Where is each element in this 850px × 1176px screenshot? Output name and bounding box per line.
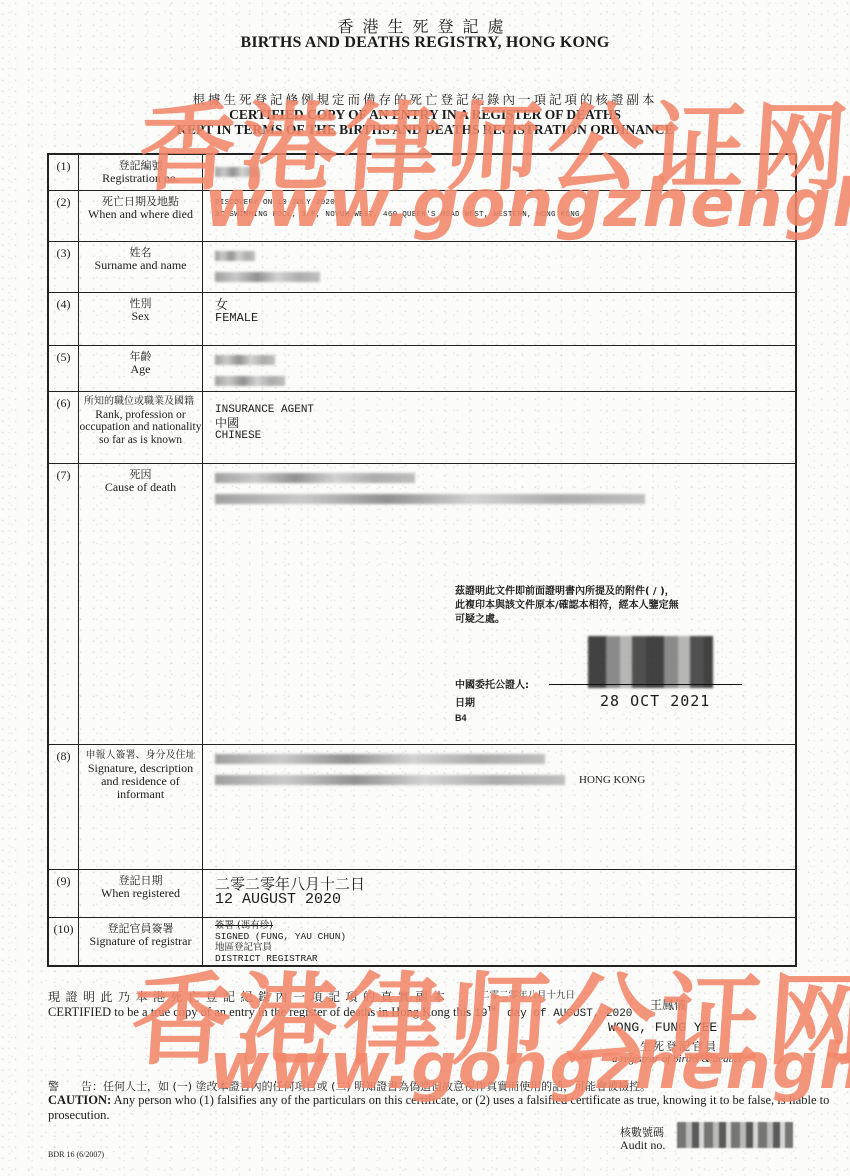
- registrar-title-en: a registrar of births & deaths: [612, 1053, 741, 1065]
- redacted-cause-1: [215, 473, 415, 483]
- notary-signature-line: [549, 684, 742, 685]
- row-label: 死亡日期及地點 When and where died: [79, 191, 203, 241]
- row-label: 性別 Sex: [79, 293, 203, 345]
- row-label: 所知的職位或職業及國籍 Rank, profession or occupati…: [79, 392, 203, 463]
- row-value: DISCOVERY ON 10 JULY 2020 AT SWIMMING PO…: [203, 191, 795, 241]
- registrar-name-en: WONG, FUNG YEE: [608, 1020, 717, 1035]
- notary-date-label: 日期: [455, 694, 475, 709]
- registry-title-en: BIRTHS AND DEATHS REGISTRY, HONG KONG: [0, 34, 850, 52]
- audit-label-en: Audit no.: [620, 1138, 665, 1153]
- notary-label: 中國委托公證人:: [455, 676, 529, 691]
- row-value: INSURANCE AGENT 中國 CHINESE: [203, 392, 795, 463]
- document-subtitle-en-2: KEPT IN TERMS OF THE BIRTHS AND DEATHS R…: [0, 122, 850, 138]
- table-row-registrar-signature: (10) 登記官員簽署 Signature of registrar 簽署 (馮…: [49, 917, 795, 965]
- table-row-informant: (8) 申報人簽署、身分及住址 Signature, description a…: [49, 744, 795, 869]
- certification-text-en: CERTIFIED to be a true copy of an entry …: [48, 1005, 632, 1020]
- registrar-title-zh: 生死登記官員: [640, 1038, 718, 1054]
- row-label: 姓名 Surname and name: [79, 242, 203, 292]
- row-value: 二零二零年八月十二日 12 AUGUST 2020: [203, 870, 795, 917]
- redacted-cause-2: [215, 494, 645, 504]
- row-value: 簽署 (馮有珍) SIGNED (FUNG, YAU CHUN) 地區登記官員 …: [203, 918, 795, 965]
- notary-statement: 茲證明此文件即前面證明書內所提及的附件( / )， 此複印本與該文件原本/確認本…: [455, 585, 775, 627]
- certification-text-zh: 現證明此乃本港死亡登記紀錄內一項記項的真實副本: [48, 988, 451, 1005]
- redacted-name-en: [215, 272, 320, 282]
- redacted-age-en: [215, 376, 285, 386]
- row-number: (1): [49, 155, 79, 190]
- caution-text-zh: 警 告：任何人士，如 (一) 塗改本證書內的任何項目或 (二) 明知證書為偽造但…: [48, 1078, 651, 1094]
- table-row-when-where-died: (2) 死亡日期及地點 When and where died DISCOVER…: [49, 190, 795, 241]
- registrar-name-zh: 王鳳儀: [650, 996, 686, 1013]
- notary-date: 28 OCT 2021: [600, 692, 710, 710]
- table-row-registration-no: (1) 登記編號 Registration no.: [49, 155, 795, 190]
- row-number: (9): [49, 870, 79, 917]
- redacted-notary-signature: [588, 636, 713, 688]
- caution-text-en: CAUTION: Any person who (1) falsifies an…: [48, 1093, 850, 1123]
- row-number: (8): [49, 745, 79, 869]
- redacted-age-zh: [215, 355, 275, 365]
- document-subtitle-zh: 根據生死登記條例規定而備存的死亡登記紀錄內一項記項的核證副本: [0, 90, 850, 108]
- table-row-occupation: (6) 所知的職位或職業及國籍 Rank, profession or occu…: [49, 391, 795, 463]
- row-number: (7): [49, 464, 79, 744]
- row-value: [203, 242, 795, 292]
- row-label: 申報人簽署、身分及住址 Signature, description and r…: [79, 745, 203, 869]
- row-label: 登記日期 When registered: [79, 870, 203, 917]
- row-value: [203, 155, 795, 190]
- redacted-audit-no: [677, 1122, 793, 1148]
- redacted-name-zh: [215, 251, 255, 261]
- row-label: 登記編號 Registration no.: [79, 155, 203, 190]
- redacted-informant-1: [215, 754, 545, 764]
- row-value: HONG KONG: [203, 745, 795, 869]
- row-number: (2): [49, 191, 79, 241]
- row-number: (6): [49, 392, 79, 463]
- redacted-informant-2: [215, 775, 565, 785]
- row-number: (10): [49, 918, 79, 965]
- death-entry-table: (1) 登記編號 Registration no. (2) 死亡日期及地點 Wh…: [47, 153, 797, 967]
- row-number: (4): [49, 293, 79, 345]
- table-row-sex: (4) 性別 Sex 女 FEMALE: [49, 292, 795, 345]
- row-label: 登記官員簽署 Signature of registrar: [79, 918, 203, 965]
- certification-date-zh: 二零二零年八月十九日: [480, 987, 575, 1001]
- row-number: (3): [49, 242, 79, 292]
- table-row-surname-name: (3) 姓名 Surname and name: [49, 241, 795, 292]
- row-value: [203, 346, 795, 391]
- form-code: BDR 16 (6/2007): [48, 1150, 104, 1159]
- document-subtitle-en-1: CERTIFIED COPY OF AN ENTRY IN A REGISTER…: [0, 107, 850, 123]
- redacted-registration-no: [215, 167, 260, 177]
- table-row-when-registered: (9) 登記日期 When registered 二零二零年八月十二日 12 A…: [49, 869, 795, 917]
- row-label: 年齡 Age: [79, 346, 203, 391]
- row-label: 死因 Cause of death: [79, 464, 203, 744]
- row-value: 女 FEMALE: [203, 293, 795, 345]
- table-row-age: (5) 年齡 Age: [49, 345, 795, 391]
- row-number: (5): [49, 346, 79, 391]
- notary-code: B4: [455, 713, 467, 723]
